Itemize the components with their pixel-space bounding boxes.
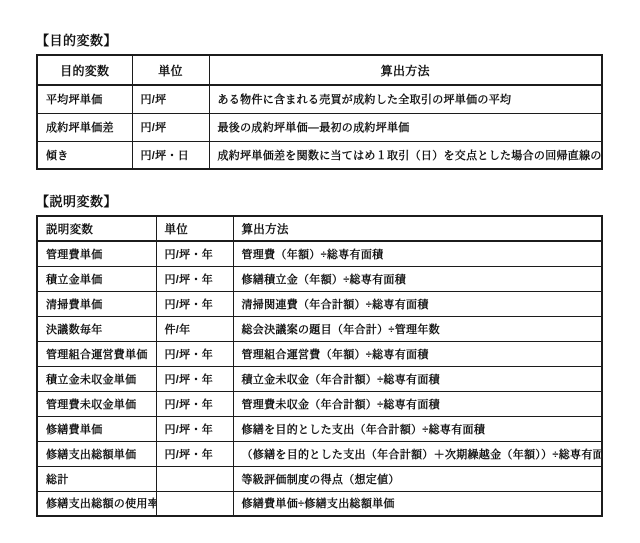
variable-cell: 管理組合運営費単価 bbox=[37, 341, 156, 366]
method-cell: 清掃関連費（年合計額）÷総専有面積 bbox=[233, 291, 602, 316]
explanatory-section-title: 【説明変数】 bbox=[36, 195, 610, 209]
table-row: 修繕支出総額単価 円/坪・年 （修繕を目的とした支出（年合計額）＋次期繰越金（年… bbox=[37, 441, 602, 466]
method-cell: 等級評価制度の得点（想定値） bbox=[233, 466, 602, 491]
unit-cell: 円/坪・年 bbox=[156, 366, 233, 391]
variable-cell: 積立金未収金単価 bbox=[37, 366, 156, 391]
variable-cell: 修繕支出総額の使用率 bbox=[37, 491, 156, 516]
table-row: 修繕支出総額の使用率 修繕費単価÷修繕支出総額単価 bbox=[37, 491, 602, 516]
header-method: 算出方法 bbox=[209, 55, 602, 85]
method-cell: 修繕積立金（年額）÷総専有面積 bbox=[233, 266, 602, 291]
table-row: 管理費未収金単価 円/坪・年 管理費未収金（年合計額）÷総専有面積 bbox=[37, 391, 602, 416]
objective-section-title: 【目的変数】 bbox=[36, 34, 610, 48]
table-header-row: 説明変数 単位 算出方法 bbox=[37, 216, 602, 241]
variable-cell: 修繕支出総額単価 bbox=[37, 441, 156, 466]
unit-cell: 円/坪 bbox=[132, 85, 209, 113]
method-cell: 総会決議案の題目（年合計）÷管理年数 bbox=[233, 316, 602, 341]
table-row: 修繕費単価 円/坪・年 修繕を目的とした支出（年合計額）÷総専有面積 bbox=[37, 416, 602, 441]
variable-cell: 清掃費単価 bbox=[37, 291, 156, 316]
unit-cell: 円/坪 bbox=[132, 113, 209, 141]
unit-cell: 件/年 bbox=[156, 316, 233, 341]
unit-cell: 円/坪・年 bbox=[156, 266, 233, 291]
variable-cell: 成約坪単価差 bbox=[37, 113, 132, 141]
explanatory-variables-section: 【説明変数】 説明変数 単位 算出方法 管理費単価 円/坪・年 管理費（年額）÷… bbox=[36, 195, 610, 517]
variable-cell: 管理費未収金単価 bbox=[37, 391, 156, 416]
unit-cell: 円/坪・年 bbox=[156, 291, 233, 316]
table-row: 管理組合運営費単価 円/坪・年 管理組合運営費（年額）÷総専有面積 bbox=[37, 341, 602, 366]
unit-cell: 円/坪・年 bbox=[156, 391, 233, 416]
table-header-row: 目的変数 単位 算出方法 bbox=[37, 55, 602, 85]
header-variable: 説明変数 bbox=[37, 216, 156, 241]
table-row: 清掃費単価 円/坪・年 清掃関連費（年合計額）÷総専有面積 bbox=[37, 291, 602, 316]
unit-cell: 円/坪・日 bbox=[132, 141, 209, 169]
header-unit: 単位 bbox=[156, 216, 233, 241]
table-row: 平均坪単価 円/坪 ある物件に含まれる売買が成約した全取引の坪単価の平均 bbox=[37, 85, 602, 113]
unit-cell bbox=[156, 491, 233, 516]
section-spacer bbox=[36, 170, 610, 195]
table-row: 積立金未収金単価 円/坪・年 積立金未収金（年合計額）÷総専有面積 bbox=[37, 366, 602, 391]
unit-cell: 円/坪・年 bbox=[156, 341, 233, 366]
method-cell: 管理費未収金（年合計額）÷総専有面積 bbox=[233, 391, 602, 416]
header-method: 算出方法 bbox=[233, 216, 602, 241]
table-row: 決議数毎年 件/年 総会決議案の題目（年合計）÷管理年数 bbox=[37, 316, 602, 341]
method-cell: 管理組合運営費（年額）÷総専有面積 bbox=[233, 341, 602, 366]
variable-cell: 傾き bbox=[37, 141, 132, 169]
table-row: 傾き 円/坪・日 成約坪単価差を関数に当てはめ１取引（日）を交点とした場合の回帰… bbox=[37, 141, 602, 169]
variable-cell: 管理費単価 bbox=[37, 241, 156, 266]
explanatory-variables-table: 説明変数 単位 算出方法 管理費単価 円/坪・年 管理費（年額）÷総専有面積 積… bbox=[36, 215, 603, 517]
method-cell: 修繕を目的とした支出（年合計額）÷総専有面積 bbox=[233, 416, 602, 441]
variable-cell: 平均坪単価 bbox=[37, 85, 132, 113]
method-cell: 成約坪単価差を関数に当てはめ１取引（日）を交点とした場合の回帰直線の係数 bbox=[209, 141, 602, 169]
variable-cell: 修繕費単価 bbox=[37, 416, 156, 441]
method-cell: 積立金未収金（年合計額）÷総専有面積 bbox=[233, 366, 602, 391]
unit-cell: 円/坪・年 bbox=[156, 241, 233, 266]
variable-cell: 総計 bbox=[37, 466, 156, 491]
method-cell: 修繕費単価÷修繕支出総額単価 bbox=[233, 491, 602, 516]
unit-cell bbox=[156, 466, 233, 491]
method-cell: 管理費（年額）÷総専有面積 bbox=[233, 241, 602, 266]
table-row: 成約坪単価差 円/坪 最後の成約坪単価—最初の成約坪単価 bbox=[37, 113, 602, 141]
unit-cell: 円/坪・年 bbox=[156, 416, 233, 441]
table-row: 総計 等級評価制度の得点（想定値） bbox=[37, 466, 602, 491]
header-variable: 目的変数 bbox=[37, 55, 132, 85]
unit-cell: 円/坪・年 bbox=[156, 441, 233, 466]
variable-cell: 積立金単価 bbox=[37, 266, 156, 291]
method-cell: 最後の成約坪単価—最初の成約坪単価 bbox=[209, 113, 602, 141]
table-row: 管理費単価 円/坪・年 管理費（年額）÷総専有面積 bbox=[37, 241, 602, 266]
table-row: 積立金単価 円/坪・年 修繕積立金（年額）÷総専有面積 bbox=[37, 266, 602, 291]
variable-cell: 決議数毎年 bbox=[37, 316, 156, 341]
objective-variables-table: 目的変数 単位 算出方法 平均坪単価 円/坪 ある物件に含まれる売買が成約した全… bbox=[36, 54, 603, 170]
method-cell: ある物件に含まれる売買が成約した全取引の坪単価の平均 bbox=[209, 85, 602, 113]
header-unit: 単位 bbox=[132, 55, 209, 85]
method-cell: （修繕を目的とした支出（年合計額）＋次期繰越金（年額））÷総専有面積 bbox=[233, 441, 602, 466]
objective-variables-section: 【目的変数】 目的変数 単位 算出方法 平均坪単価 円/坪 ある物件に含まれる売… bbox=[36, 34, 610, 170]
document-page: 【目的変数】 目的変数 単位 算出方法 平均坪単価 円/坪 ある物件に含まれる売… bbox=[0, 0, 640, 543]
